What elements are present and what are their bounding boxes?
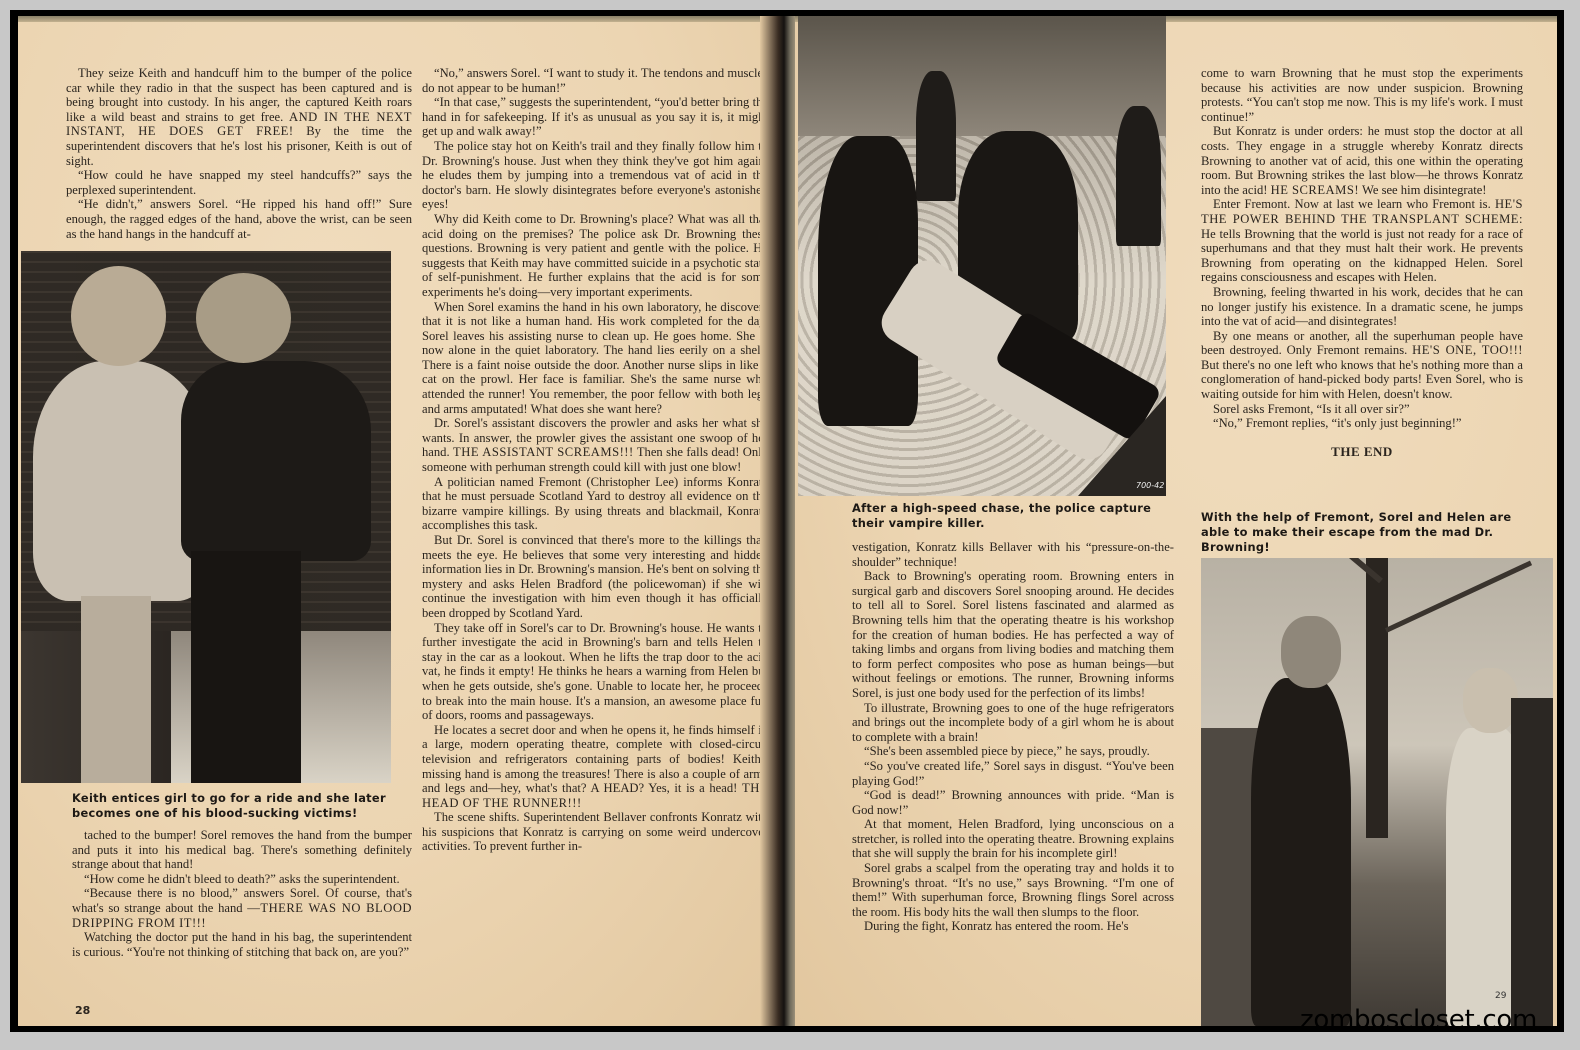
the-end-heading: THE END	[1201, 445, 1523, 460]
article-paragraph: vestigation, Konratz kills Bellaver with…	[852, 540, 1174, 569]
left-column-1-top: They seize Keith and handcuff him to the…	[66, 66, 412, 241]
article-paragraph: Why did Keith come to Dr. Browning's pla…	[422, 212, 768, 300]
article-paragraph: Sorel grabs a scalpel from the operating…	[852, 861, 1174, 919]
article-paragraph: “How could he have snapped my steel hand…	[66, 168, 412, 197]
article-paragraph: They take off in Sorel's car to Dr. Brow…	[422, 621, 768, 723]
left-page: They seize Keith and handcuff him to the…	[18, 16, 780, 1026]
article-paragraph: come to warn Browning that he must stop …	[1201, 66, 1523, 124]
emphasis-caps: HE SCREAMS!	[1271, 183, 1359, 197]
article-paragraph: By one means or another, all the superhu…	[1201, 329, 1523, 402]
article-paragraph: Enter Fremont. Now at last we learn who …	[1201, 197, 1523, 285]
negative-number: 700-42	[1136, 481, 1164, 490]
browning-head	[1281, 616, 1341, 688]
girl-hair	[71, 266, 166, 366]
article-paragraph: tached to the bumper! Sorel removes the …	[72, 828, 412, 872]
article-paragraph: He locates a secret door and when he ope…	[422, 723, 768, 811]
tree-branch-2	[1385, 561, 1532, 633]
page-top-edge	[18, 16, 780, 22]
article-paragraph: “Because there is no blood,” answers Sor…	[72, 886, 412, 930]
emphasis-caps: HE'S ONE, TOO!!!	[1412, 343, 1523, 357]
page-number-right: 29	[1495, 991, 1506, 1001]
article-paragraph: The scene shifts. Superintendent Bellave…	[422, 810, 768, 854]
article-paragraph: “How come he didn't bleed to death?” ask…	[72, 872, 412, 887]
article-paragraph: “God is dead!” Browning announces with p…	[852, 788, 1174, 817]
policeman-background-1	[916, 71, 956, 201]
article-paragraph: They seize Keith and handcuff him to the…	[66, 66, 412, 168]
right-page: 700-42 After a high-speed chase, the pol…	[795, 16, 1557, 1026]
article-paragraph: At that moment, Helen Bradford, lying un…	[852, 817, 1174, 861]
tree-trunk	[1366, 558, 1388, 838]
article-paragraph: “So you've created life,” Sorel says in …	[852, 759, 1174, 788]
watermark: zomboscloset.com	[1300, 1005, 1537, 1035]
article-paragraph: Browning, feeling thwarted in his work, …	[1201, 285, 1523, 329]
binding-gutter	[760, 16, 800, 1026]
right-column-1: vestigation, Konratz kills Bellaver with…	[852, 540, 1174, 934]
article-paragraph: “No,” answers Sorel. “I want to study it…	[422, 66, 768, 95]
article-paragraph: Back to Browning's operating room. Brown…	[852, 569, 1174, 700]
article-paragraph: During the fight, Konratz has entered th…	[852, 919, 1174, 934]
article-paragraph: “No,” Fremont replies, “it's only just b…	[1201, 416, 1523, 431]
photo-caption-escape: With the help of Fremont, Sorel and Hele…	[1201, 510, 1523, 555]
photo-keith-and-girl	[21, 251, 391, 783]
article-paragraph: “In that case,” suggests the superintend…	[422, 95, 768, 139]
article-paragraph: The police stay hot on Keith's trail and…	[422, 139, 768, 212]
article-paragraph: When Sorel examins the hand in his own l…	[422, 300, 768, 417]
article-paragraph: A politician named Fremont (Christopher …	[422, 475, 768, 533]
article-paragraph: “He didn't,” answers Sorel. “He ripped h…	[66, 197, 412, 241]
girl-legs	[81, 596, 151, 783]
emphasis-caps: THE ASSISTANT SCREAMS!!!	[453, 445, 634, 459]
browning-suit	[1251, 678, 1351, 1026]
man-jacket	[181, 361, 371, 561]
article-paragraph: Sorel asks Fremont, “Is it all over sir?…	[1201, 402, 1523, 417]
left-column-1-bottom: tached to the bumper! Sorel removes the …	[72, 828, 412, 959]
photo-caption-police: After a high-speed chase, the police cap…	[852, 501, 1172, 531]
photo-escape-scene: 29	[1201, 558, 1553, 1026]
article-paragraph: But Dr. Sorel is convinced that there's …	[422, 533, 768, 621]
man-background-suit	[1116, 106, 1161, 246]
article-paragraph: But Konratz is under orders: he must sto…	[1201, 124, 1523, 197]
photo-caption-left: Keith entices girl to go for a ride and …	[72, 791, 402, 821]
sorel-head	[1463, 668, 1518, 733]
right-column-2: come to warn Browning that he must stop …	[1201, 66, 1523, 459]
left-column-2: “No,” answers Sorel. “I want to study it…	[422, 66, 768, 854]
man-legs	[191, 551, 301, 783]
article-paragraph: Dr. Sorel's assistant discovers the prow…	[422, 416, 768, 474]
article-paragraph: To illustrate, Browning goes to one of t…	[852, 701, 1174, 745]
article-paragraph: “She's been assembled piece by piece,” h…	[852, 744, 1174, 759]
page-number-left: 28	[75, 1004, 90, 1017]
photo-police-capture: 700-42	[798, 16, 1166, 496]
helen-figure	[1511, 698, 1553, 1026]
man-hair	[196, 273, 291, 363]
article-paragraph: Watching the doctor put the hand in his …	[72, 930, 412, 959]
